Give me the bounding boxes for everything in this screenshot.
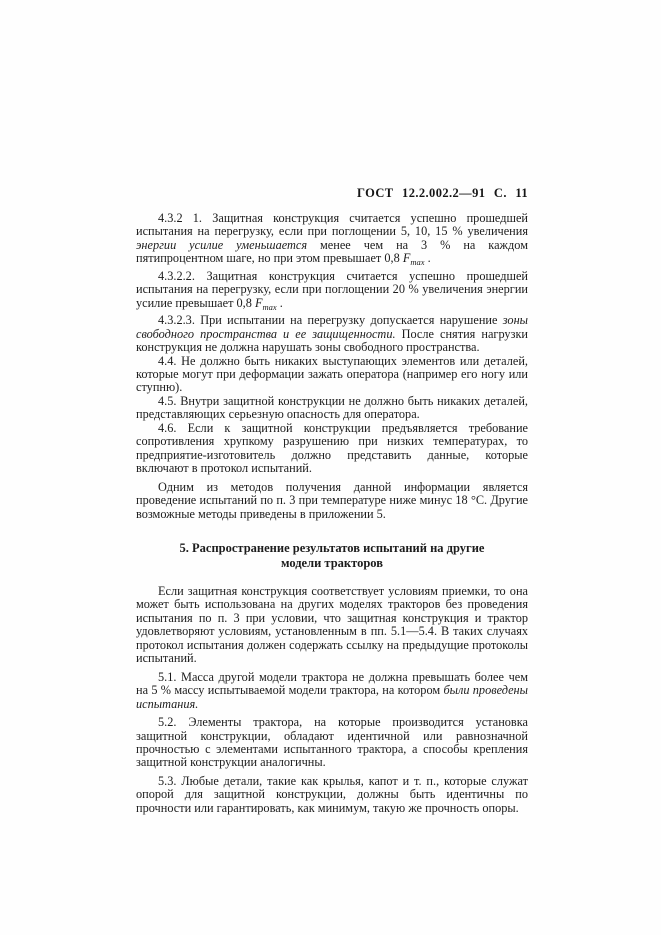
paragraph: 5.3. Любые детали, такие как крылья, кап…: [136, 775, 528, 815]
paragraph: 4.3.2.2. Защитная конструкция считается …: [136, 270, 528, 314]
text-run: Если защитная конструкция соответствует …: [136, 584, 528, 665]
paragraph: 4.3.2.3. При испытании на перегрузку доп…: [136, 314, 528, 354]
text-run: 5.3. Любые детали, такие как крылья, кап…: [136, 774, 528, 815]
text-run: 5. Распространение результатов испытаний…: [180, 541, 485, 570]
text-run: Одним из методов получения данной информ…: [136, 480, 528, 521]
paragraph: Одним из методов получения данной информ…: [136, 481, 528, 521]
text-run: .: [277, 296, 283, 310]
paragraph: Если защитная конструкция соответствует …: [136, 585, 528, 666]
paragraph: 4.3.2 1. Защитная конструкция считается …: [136, 212, 528, 270]
text-run: энергии усилие уменьшается: [136, 238, 307, 252]
paragraph: 5.1. Масса другой модели трактора не дол…: [136, 671, 528, 711]
paragraph: 4.6. Если к защитной конструкции предъяв…: [136, 422, 528, 476]
text-run: 4.5. Внутри защитной конструкции не долж…: [136, 394, 528, 421]
text-run: 5.2. Элементы трактора, на которые произ…: [136, 715, 528, 769]
running-header: ГОСТ 12.2.002.2—91 С. 11: [136, 186, 528, 201]
text-run: .: [425, 251, 431, 265]
paragraph: 5.2. Элементы трактора, на которые произ…: [136, 716, 528, 770]
section-heading: 5. Распространение результатов испытаний…: [136, 541, 528, 571]
text-run: 4.3.2 1. Защитная конструкция считается …: [136, 211, 528, 238]
document-body: 4.3.2 1. Защитная конструкция считается …: [136, 212, 528, 815]
subscript-text: max: [410, 257, 424, 267]
text-run: 4.3.2.2. Защитная конструкция считается …: [136, 269, 528, 310]
scanned-document-page: ГОСТ 12.2.002.2—91 С. 11 4.3.2 1. Защитн…: [0, 0, 661, 935]
text-block: ГОСТ 12.2.002.2—91 С. 11 4.3.2 1. Защитн…: [136, 186, 528, 815]
text-run: 4.3.2.3. При испытании на перегрузку доп…: [158, 313, 503, 327]
subscript-text: max: [263, 302, 277, 312]
paragraph: 4.4. Не должно быть никаких выступающих …: [136, 355, 528, 395]
text-run: 4.6. Если к защитной конструкции предъяв…: [136, 421, 528, 475]
text-run: F: [255, 296, 263, 310]
paragraph: 4.5. Внутри защитной конструкции не долж…: [136, 395, 528, 422]
text-run: 4.4. Не должно быть никаких выступающих …: [136, 354, 528, 395]
